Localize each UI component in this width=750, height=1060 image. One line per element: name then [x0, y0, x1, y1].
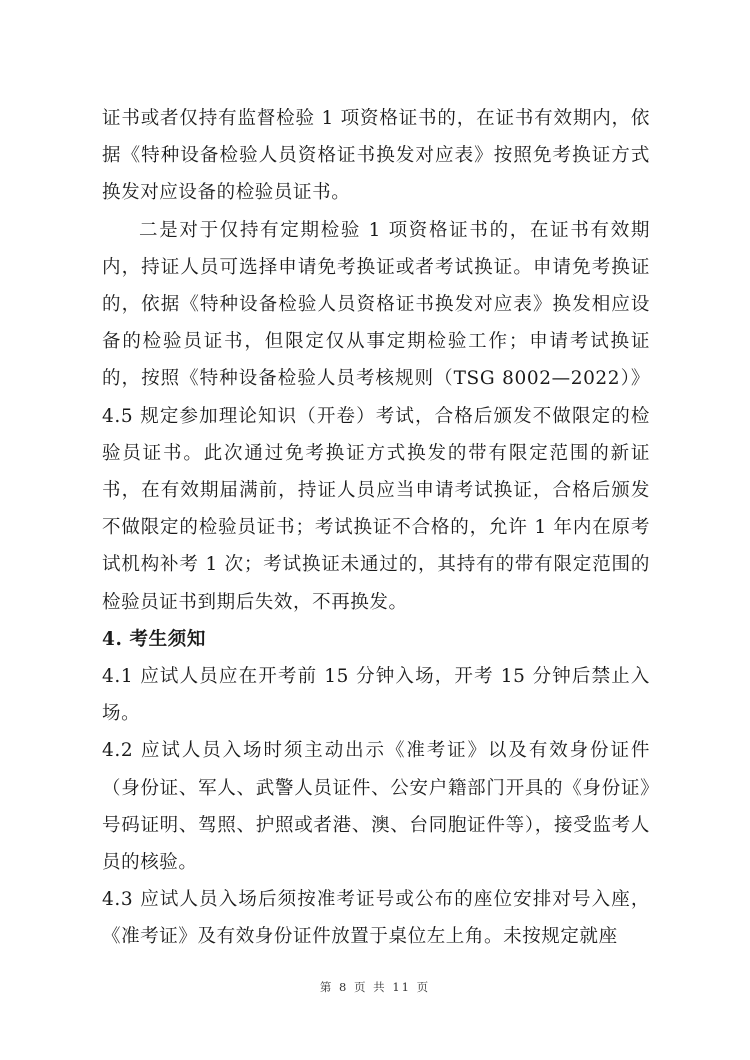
paragraph-periodic-inspection: 二是对于仅持有定期检验 1 项资格证书的，在证书有效期内，持证人员可选择申请免考…: [102, 212, 650, 621]
document-page: 证书或者仅持有监督检验 1 项资格证书的，在证书有效期内，依据《特种设备检验人员…: [0, 0, 750, 1060]
notice-item-4-2: 4.2 应试人员入场时须主动出示《准考证》以及有效身份证件（身份证、军人、武警人…: [102, 732, 650, 881]
notice-item-4-3: 4.3 应试人员入场后须按准考证号或公布的座位安排对号入座，《准考证》及有效身份…: [102, 881, 650, 955]
paragraph-continuation: 证书或者仅持有监督检验 1 项资格证书的，在证书有效期内，依据《特种设备检验人员…: [102, 100, 650, 212]
document-body: 证书或者仅持有监督检验 1 项资格证书的，在证书有效期内，依据《特种设备检验人员…: [102, 100, 650, 956]
page-number-footer: 第 8 页 共 11 页: [0, 979, 750, 995]
notice-item-4-1: 4.1 应试人员应在开考前 15 分钟入场，开考 15 分钟后禁止入场。: [102, 658, 650, 732]
section-heading: 4. 考生须知: [102, 621, 650, 658]
